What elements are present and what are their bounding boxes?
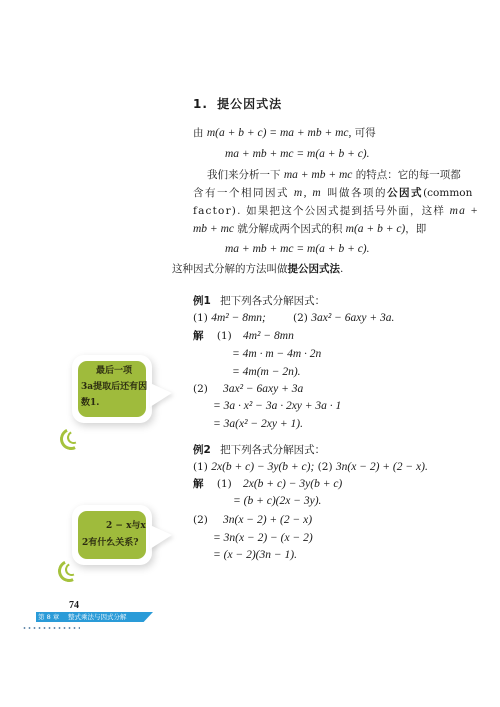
bubble-2-tail	[150, 525, 172, 549]
text: factor). 如果把这个公因式提到括号外面，这样	[193, 205, 445, 217]
bubble-1-line-1: 最后一项	[96, 364, 132, 379]
example-2-solution-1-label: 解 (1)	[193, 477, 232, 491]
paragraph-line-1: 我们来分析一下 ma + mb + mc 的特点：它的每一项都	[207, 168, 461, 182]
bubble-1-line-3: 数1.	[81, 396, 99, 411]
bubble-1-line-2: 3a提取后还有因	[81, 380, 147, 395]
math-expression: 3ax² − 6axy + 3a.	[311, 312, 394, 324]
text: 就分解成两个因式的积	[237, 223, 342, 235]
example-prompt: 把下列各式分解因式：	[220, 444, 325, 456]
example-1-solution-2-label: (2)	[193, 382, 208, 396]
section-title-text: 提公因式法	[217, 97, 282, 111]
question-number: (2)	[318, 461, 333, 473]
text: .	[340, 263, 343, 275]
example-1-solution-1-label: 解 (1)	[193, 329, 232, 343]
example-1-question-2: (2) 3ax² − 6axy + 3a.	[293, 311, 394, 325]
math-expression: ma + mb + mc	[284, 169, 353, 181]
example-1-s2-line-1: 3ax² − 6axy + 3a	[223, 382, 303, 396]
math-expression: m(a + b + c) = ma + mb + mc,	[207, 127, 352, 139]
footer-dots	[22, 627, 80, 629]
conclusion-line: 这种因式分解的方法叫做提公因式法.	[172, 262, 343, 276]
question-number: (1)	[193, 461, 208, 473]
text: ，即	[405, 223, 426, 235]
example-1-s1-line-2: = 4m · m − 4m · 2n	[232, 347, 321, 361]
example-2-questions: (1) 2x(b + c) − 3y(b + c); (2) 3n(x − 2)…	[193, 460, 428, 474]
section-number: 1.	[193, 97, 208, 111]
equation-1: ma + mb + mc = m(a + b + c).	[225, 147, 370, 161]
example-2-s1-line-2: = (b + c)(2x − 3y).	[233, 494, 321, 508]
intro-line-1: 由 m(a + b + c) = ma + mb + mc, 可得	[193, 126, 376, 140]
math-expression: m, m	[294, 187, 322, 199]
section-title: 1. 提公因式法	[193, 95, 282, 112]
chapter-title: 整式乘法与因式分解	[68, 612, 127, 622]
text: 由	[193, 127, 204, 139]
text: (common	[423, 187, 472, 199]
example-1-question-1: (1) 4m² − 8mn;	[193, 311, 266, 325]
solution-number: (1)	[217, 478, 232, 490]
speech-bubble-2: 2 − x与x − 2有什么关系?	[72, 505, 152, 565]
question-number: (2)	[293, 312, 308, 324]
question-number: (1)	[193, 312, 208, 324]
example-2-s2-line-1: 3n(x − 2) + (2 − x)	[223, 513, 312, 527]
solution-label: 解	[193, 330, 204, 342]
paragraph-line-3: factor). 如果把这个公因式提到括号外面，这样 ma +	[193, 204, 479, 218]
text: 的特点：它的每一项都	[356, 169, 461, 181]
text: 含有一个相同因式	[193, 187, 289, 199]
text: 我们来分析一下	[207, 169, 281, 181]
math-expression: 2x(b + c) − 3y(b + c);	[211, 461, 314, 473]
example-1-s2-line-2: = 3a · x² − 3a · 2xy + 3a · 1	[213, 399, 341, 413]
text: 这种因式分解的方法叫做	[172, 263, 288, 275]
example-2-s2-line-3: = (x − 2)(3n − 1).	[213, 548, 297, 562]
text: 可得	[355, 127, 376, 139]
speech-bubble-1: 最后一项 3a提取后还有因 数1.	[72, 355, 152, 423]
example-1-header: 例1 把下列各式分解因式：	[193, 294, 325, 308]
bubble-1-tail	[150, 383, 172, 407]
example-2-s1-line-1: 2x(b + c) − 3y(b + c)	[243, 477, 342, 491]
equation-2: ma + mb + mc = m(a + b + c).	[225, 242, 370, 256]
text: 叫做各项的	[327, 187, 387, 199]
example-2-solution-2-label: (2)	[193, 513, 208, 527]
paragraph-line-4: mb + mc 就分解成两个因式的积 m(a + b + c)，即	[193, 222, 426, 236]
math-expression: m(a + b + c)	[346, 223, 406, 235]
math-expression: 3n(x − 2) + (2 − x).	[336, 461, 428, 473]
example-1-s2-line-3: = 3a(x² − 2xy + 1).	[213, 417, 303, 431]
example-label: 例1	[193, 295, 211, 307]
solution-label: 解	[193, 478, 204, 490]
term-method: 提公因式法	[288, 263, 341, 275]
example-2-header: 例2 把下列各式分解因式：	[193, 443, 325, 457]
example-1-s1-line-1: 4m² − 8mn	[243, 329, 294, 343]
term-common-factor: 公因式	[387, 187, 423, 199]
math-expression: 4m² − 8mn;	[211, 312, 266, 324]
math-expression: ma +	[450, 205, 480, 217]
bubble-2-line-2: 2有什么关系?	[82, 536, 139, 551]
chapter-number: 第 8 章	[38, 612, 59, 622]
example-1-s1-line-3: = 4m(m − 2n).	[232, 365, 301, 379]
solution-number: (1)	[217, 330, 232, 342]
example-prompt: 把下列各式分解因式：	[220, 295, 325, 307]
math-expression: mb + mc	[193, 223, 234, 235]
example-2-s2-line-2: = 3n(x − 2) − (x − 2)	[213, 531, 313, 545]
paragraph-line-2: 含有一个相同因式 m, m 叫做各项的公因式(common	[193, 186, 472, 200]
example-label: 例2	[193, 444, 211, 456]
page-number: 74	[69, 600, 79, 611]
